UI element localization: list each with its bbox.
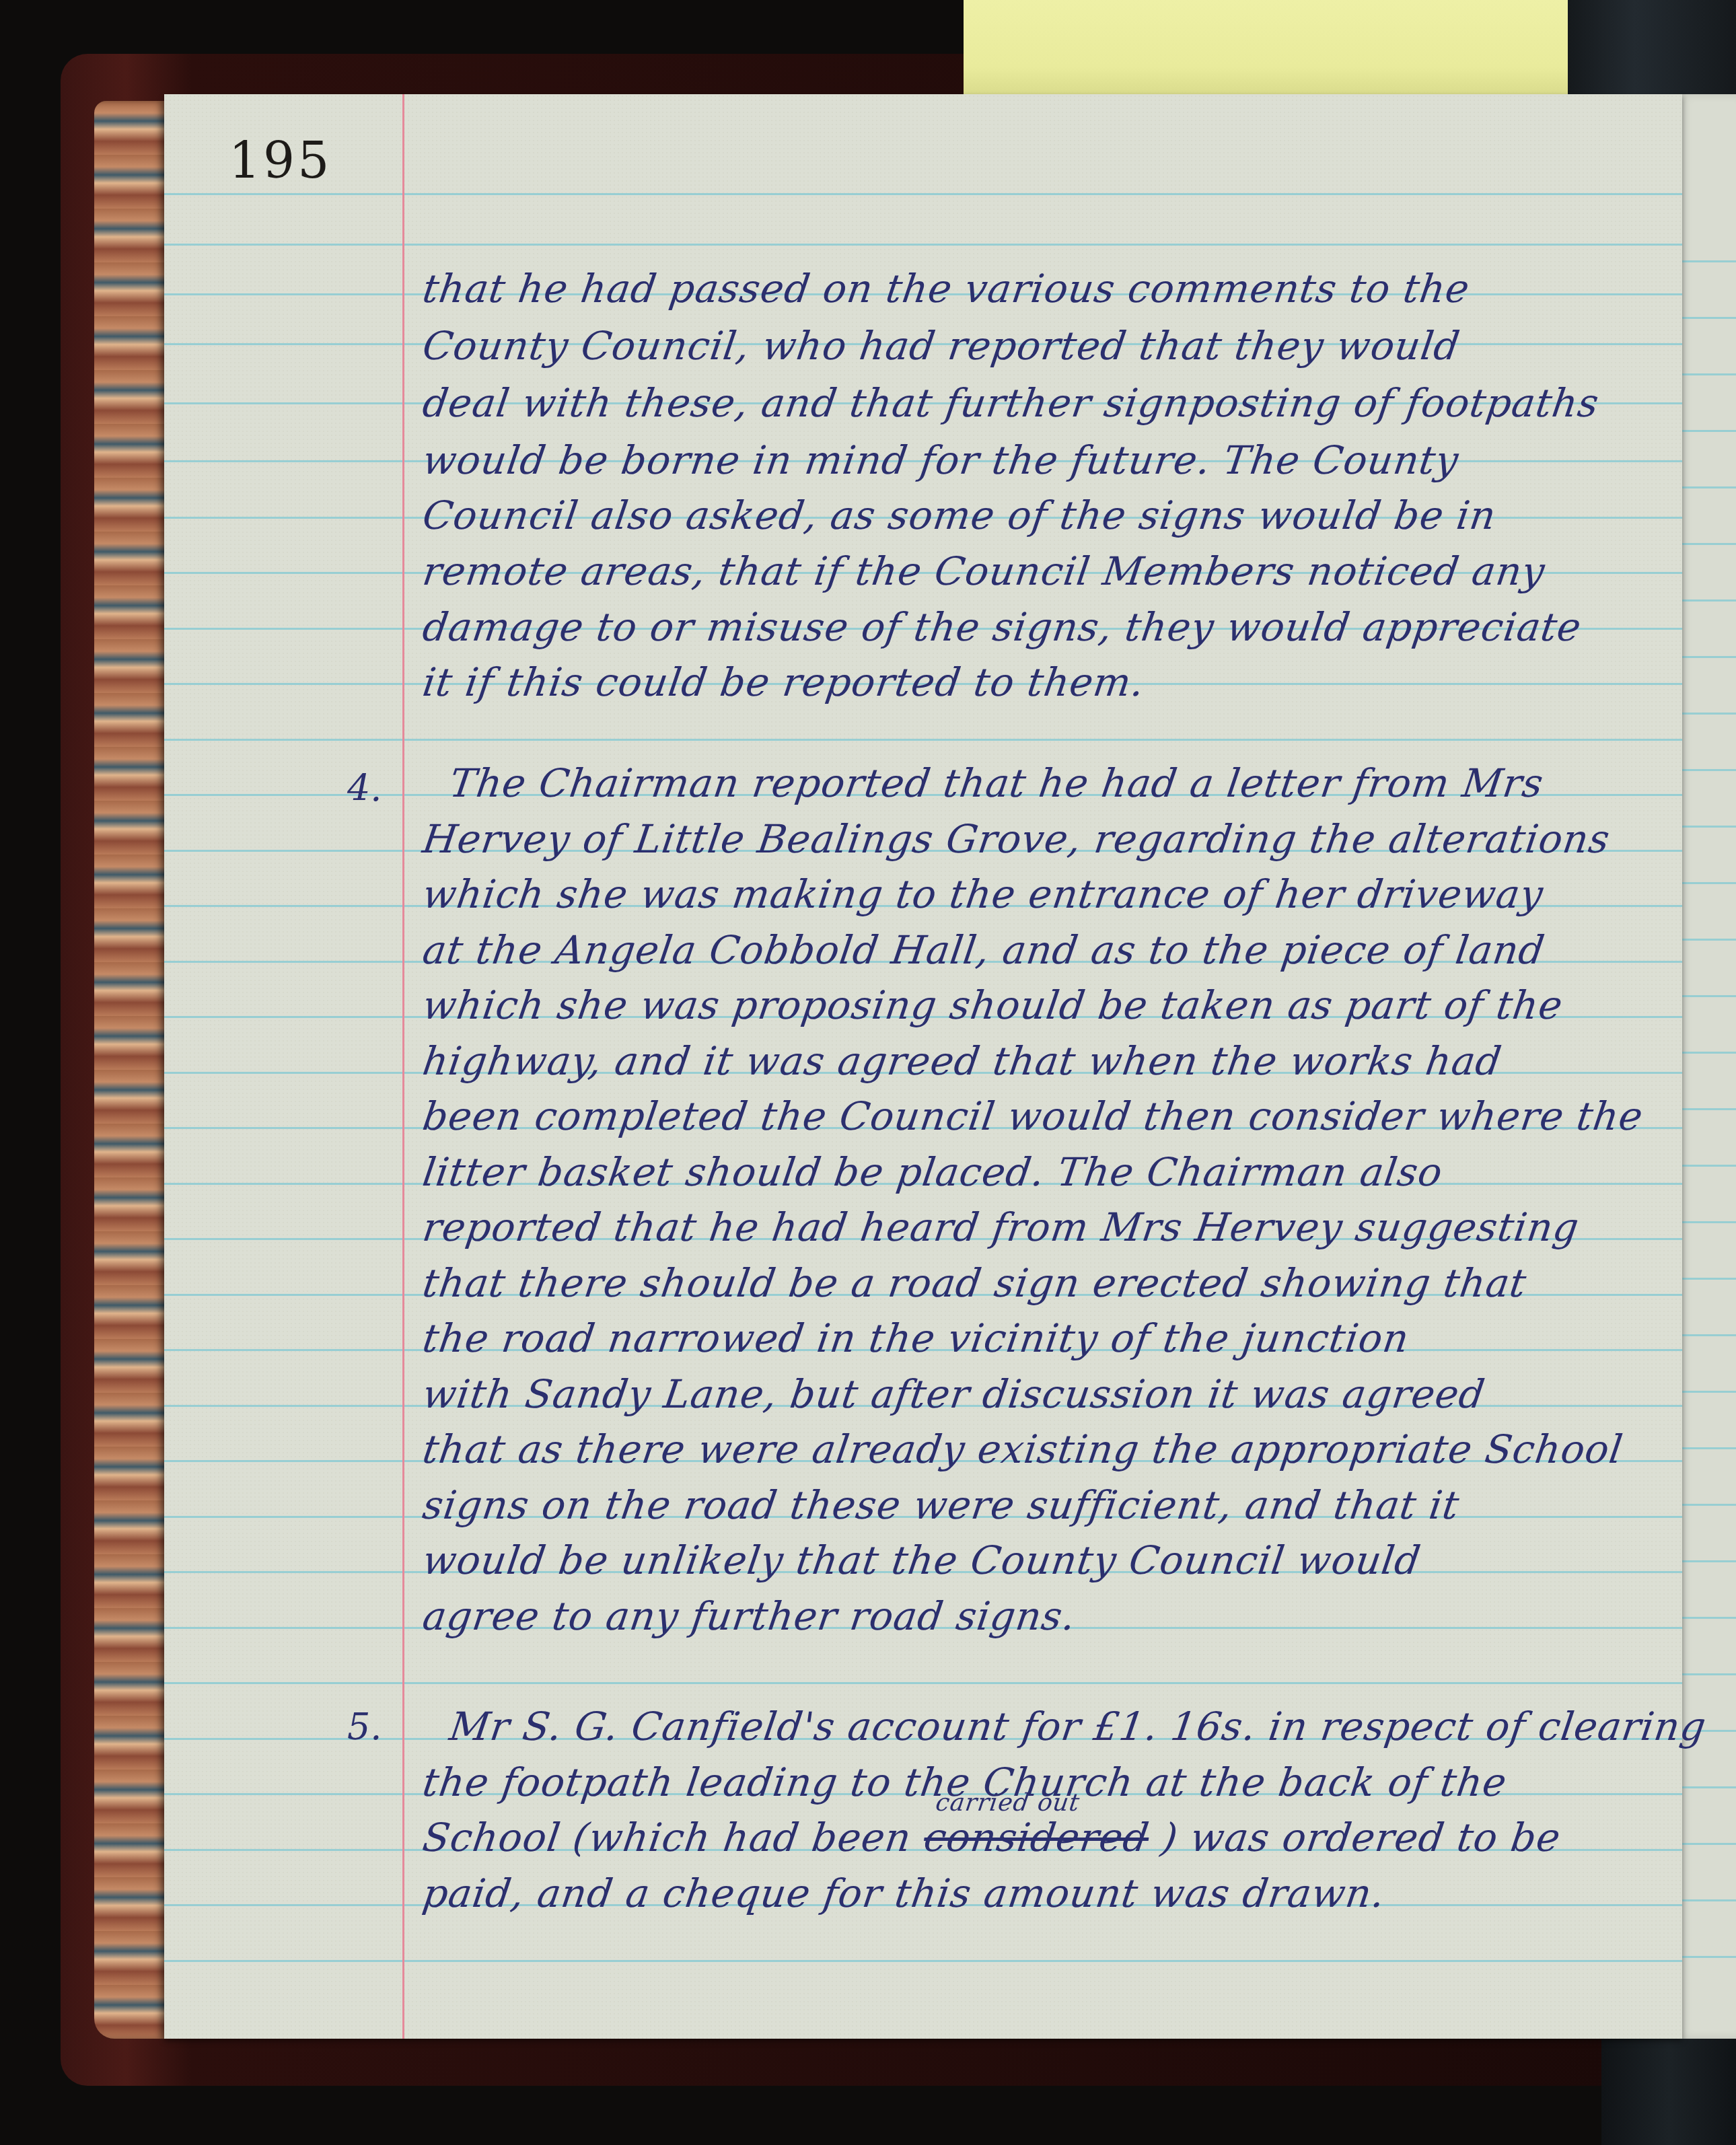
text-line-with-correction: School (which had been carried outconsid…: [420, 1815, 1662, 1860]
text-line: agree to any further road signs.: [420, 1593, 1662, 1639]
text-line: would be unlikely that the County Counci…: [420, 1537, 1662, 1583]
text-line: deal with these, and that further signpo…: [420, 380, 1662, 426]
marbled-page-edges: [94, 101, 165, 2039]
ruled-line: [164, 193, 1682, 195]
text-line: the road narrowed in the vicinity of the…: [420, 1315, 1662, 1361]
text-line: with Sandy Lane, but after discussion it…: [420, 1371, 1662, 1417]
text-line: Council also asked, as some of the signs…: [420, 493, 1662, 538]
page-number: 195: [229, 132, 332, 190]
item-number: 5.: [347, 1706, 382, 1748]
text-line: would be borne in mind for the future. T…: [420, 437, 1662, 483]
text-line: at the Angela Cobbold Hall, and as to th…: [420, 927, 1662, 973]
book-spine: [1568, 0, 1736, 96]
item-number: 4.: [347, 767, 382, 809]
ruled-line: [164, 244, 1682, 246]
text-line: The Chairman reported that he had a lett…: [447, 760, 1662, 806]
text-line: been completed the Council would then co…: [420, 1093, 1662, 1139]
text-line: highway, and it was agreed that when the…: [420, 1038, 1662, 1084]
struck-text: considered: [921, 1815, 1152, 1860]
ruled-line: [164, 1960, 1682, 1962]
correction: carried outconsidered: [921, 1815, 1152, 1860]
text-segment: School (which had been: [420, 1815, 927, 1860]
book-spine-bottom: [1601, 2039, 1736, 2145]
text-line: that he had passed on the various commen…: [420, 266, 1662, 312]
ruled-line: [164, 1682, 1682, 1684]
text-segment: ) was ordered to be: [1146, 1815, 1564, 1860]
text-line: that there should be a road sign erected…: [420, 1260, 1662, 1306]
ruled-line: [164, 739, 1682, 741]
text-line: paid, and a cheque for this amount was d…: [420, 1870, 1662, 1916]
text-line: reported that he had heard from Mrs Herv…: [420, 1204, 1662, 1250]
text-line: that as there were already existing the …: [420, 1426, 1662, 1472]
text-line: it if this could be reported to them.: [420, 659, 1662, 705]
text-line: County Council, who had reported that th…: [420, 323, 1662, 369]
text-line: remote areas, that if the Council Member…: [420, 548, 1662, 594]
text-line: litter basket should be placed. The Chai…: [420, 1149, 1662, 1195]
text-line: signs on the road these were sufficient,…: [420, 1482, 1662, 1528]
text-line: Hervey of Little Bealings Grove, regardi…: [420, 816, 1662, 862]
text-line: which she was proposing should be taken …: [420, 982, 1662, 1028]
text-line: which she was making to the entrance of …: [420, 871, 1662, 917]
inserted-text: carried out: [934, 1789, 1081, 1817]
ledger-page: 195 that he had passed on the various co…: [164, 94, 1682, 2039]
text-line: damage to or misuse of the signs, they w…: [420, 604, 1662, 650]
text-line: Mr S. G. Canfield's account for £1. 16s.…: [447, 1704, 1662, 1749]
sticky-note: [964, 0, 1569, 96]
margin-line: [402, 94, 404, 2039]
